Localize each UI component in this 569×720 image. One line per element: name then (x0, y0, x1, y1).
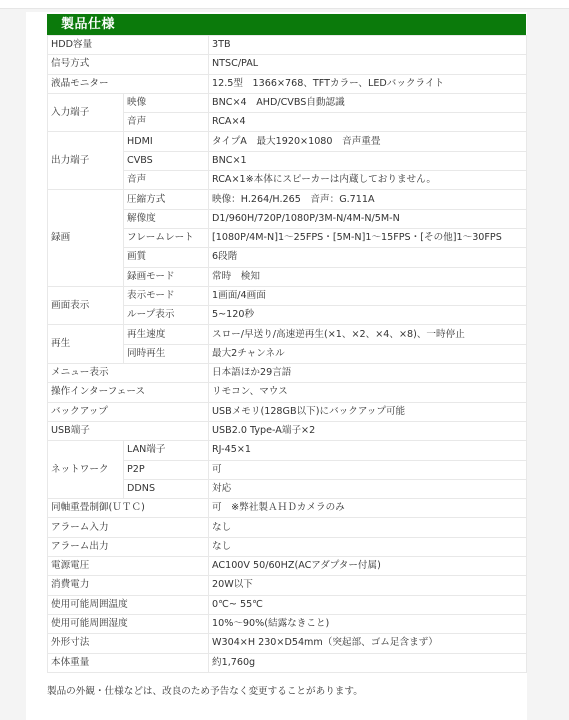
spec-sublabel: LAN端子 (124, 441, 209, 460)
table-row: 液晶モニター 12.5型 1366×768、TFTカラー、LEDバックライト (48, 74, 527, 93)
spec-value: タイプA 最大1920×1080 音声重畳 (209, 132, 527, 151)
spec-value: RJ-45×1 (209, 441, 527, 460)
table-row: 操作インターフェース リモコン、マウス (48, 383, 527, 402)
spec-value: 常時 検知 (209, 267, 527, 286)
spec-value: 映像：H.264/H.265 音声：G.711A (209, 190, 527, 209)
table-row: 信号方式 NTSC/PAL (48, 55, 527, 74)
top-band (0, 0, 569, 9)
spec-value: NTSC/PAL (209, 55, 527, 74)
spec-group-label: 出力端子 (48, 132, 124, 190)
table-row: 出力端子 HDMI タイプA 最大1920×1080 音声重畳 (48, 132, 527, 151)
section-title: 製品仕様 (47, 14, 526, 35)
spec-label: メニュー表示 (48, 364, 209, 383)
spec-label: USB端子 (48, 421, 209, 440)
spec-value: 0℃~ 55℃ (209, 595, 527, 614)
table-row: 入力端子 映像 BNC×4 AHD/CVBS自動認識 (48, 93, 527, 112)
table-row: HDD容量 3TB (48, 36, 527, 55)
spec-value: 3TB (209, 36, 527, 55)
table-row: ネットワーク LAN端子 RJ-45×1 (48, 441, 527, 460)
spec-value: W304×H 230×D54mm（突起部、ゴム足含まず） (209, 634, 527, 653)
table-row: 使用可能周囲湿度 10%～90%(結露なきこと) (48, 614, 527, 633)
spec-value: 5~120秒 (209, 306, 527, 325)
spec-label: 液晶モニター (48, 74, 209, 93)
spec-value: スロー/早送り/高速逆再生(×1、×2、×4、×8)、一時停止 (209, 325, 527, 344)
spec-label: バックアップ (48, 402, 209, 421)
spec-sublabel: 画質 (124, 248, 209, 267)
spec-value: 6段階 (209, 248, 527, 267)
spec-sublabel: 音声 (124, 113, 209, 132)
spec-value: 日本語ほか29言語 (209, 364, 527, 383)
spec-value: 12.5型 1366×768、TFTカラー、LEDバックライト (209, 74, 527, 93)
spec-sublabel: 音声 (124, 171, 209, 190)
spec-label: 使用可能周囲湿度 (48, 614, 209, 633)
spec-group-label: 録画 (48, 190, 124, 286)
spec-label: 本体重量 (48, 653, 209, 672)
spec-table: HDD容量 3TB 信号方式 NTSC/PAL 液晶モニター 12.5型 136… (47, 35, 527, 673)
spec-group-label: ネットワーク (48, 441, 124, 499)
spec-sublabel: 圧縮方式 (124, 190, 209, 209)
spec-sublabel: 映像 (124, 93, 209, 112)
spec-sublabel: DDNS (124, 479, 209, 498)
spec-value: なし (209, 537, 527, 556)
spec-value: 可 (209, 460, 527, 479)
table-row: アラーム出力 なし (48, 537, 527, 556)
table-row: バックアップ USBメモリ(128GB以下)にバックアップ可能 (48, 402, 527, 421)
table-row: 再生 再生速度 スロー/早送り/高速逆再生(×1、×2、×4、×8)、一時停止 (48, 325, 527, 344)
spec-sublabel: 再生速度 (124, 325, 209, 344)
spec-label: 同軸重畳制御(ＵＴＣ) (48, 499, 209, 518)
table-row: 消費電力 20W以下 (48, 576, 527, 595)
spec-value: BNC×1 (209, 151, 527, 170)
spec-label: 電源電圧 (48, 557, 209, 576)
spec-value: リモコン、マウス (209, 383, 527, 402)
spec-sublabel: CVBS (124, 151, 209, 170)
spec-value: 10%～90%(結露なきこと) (209, 614, 527, 633)
table-row: USB端子 USB2.0 Type-A端子×2 (48, 421, 527, 440)
spec-value: 約1,760g (209, 653, 527, 672)
spec-value: RCA×4 (209, 113, 527, 132)
spec-value: 可 ※弊社製ＡＨＤカメラのみ (209, 499, 527, 518)
table-row: アラーム入力 なし (48, 518, 527, 537)
spec-sublabel: HDMI (124, 132, 209, 151)
spec-label: アラーム入力 (48, 518, 209, 537)
spec-label: 外形寸法 (48, 634, 209, 653)
spec-group-label: 再生 (48, 325, 124, 364)
spec-label: HDD容量 (48, 36, 209, 55)
spec-sublabel: ループ表示 (124, 306, 209, 325)
table-row: 録画 圧縮方式 映像：H.264/H.265 音声：G.711A (48, 190, 527, 209)
spec-label: アラーム出力 (48, 537, 209, 556)
spec-value: 20W以下 (209, 576, 527, 595)
spec-label: 操作インターフェース (48, 383, 209, 402)
spec-label: 信号方式 (48, 55, 209, 74)
spec-group-label: 画面表示 (48, 286, 124, 325)
spec-sublabel: 録画モード (124, 267, 209, 286)
disclaimer-note: 製品の外観・仕様などは、改良のため予告なく変更することがあります。 (47, 683, 363, 697)
spec-value: 対応 (209, 479, 527, 498)
spec-label: 消費電力 (48, 576, 209, 595)
spec-sublabel: P2P (124, 460, 209, 479)
product-spec-section: 製品仕様 HDD容量 3TB 信号方式 NTSC/PAL 液晶モニター 12.5… (47, 14, 526, 673)
table-row: 同軸重畳制御(ＵＴＣ) 可 ※弊社製ＡＨＤカメラのみ (48, 499, 527, 518)
spec-sublabel: 表示モード (124, 286, 209, 305)
spec-sublabel: フレームレート (124, 228, 209, 247)
table-row: 使用可能周囲温度 0℃~ 55℃ (48, 595, 527, 614)
spec-value: D1/960H/720P/1080P/3M-N/4M-N/5M-N (209, 209, 527, 228)
spec-value: 最大2チャンネル (209, 344, 527, 363)
spec-value: RCA×1※本体にスピーカーは内蔵しておりません。 (209, 171, 527, 190)
spec-value: [1080P/4M-N]1～25FPS・[5M-N]1～15FPS・[その他]1… (209, 228, 527, 247)
spec-sublabel: 同時再生 (124, 344, 209, 363)
table-row: 電源電圧 AC100V 50/60HZ(ACアダプター付属) (48, 557, 527, 576)
spec-sublabel: 解像度 (124, 209, 209, 228)
spec-value: USB2.0 Type-A端子×2 (209, 421, 527, 440)
spec-value: 1画面/4画面 (209, 286, 527, 305)
spec-value: AC100V 50/60HZ(ACアダプター付属) (209, 557, 527, 576)
spec-value: なし (209, 518, 527, 537)
spec-label: 使用可能周囲温度 (48, 595, 209, 614)
table-row: メニュー表示 日本語ほか29言語 (48, 364, 527, 383)
table-row: 画面表示 表示モード 1画面/4画面 (48, 286, 527, 305)
content-panel: 製品仕様 HDD容量 3TB 信号方式 NTSC/PAL 液晶モニター 12.5… (26, 12, 527, 720)
spec-group-label: 入力端子 (48, 93, 124, 132)
table-row: 本体重量 約1,760g (48, 653, 527, 672)
table-row: 外形寸法 W304×H 230×D54mm（突起部、ゴム足含まず） (48, 634, 527, 653)
spec-value: BNC×4 AHD/CVBS自動認識 (209, 93, 527, 112)
spec-value: USBメモリ(128GB以下)にバックアップ可能 (209, 402, 527, 421)
